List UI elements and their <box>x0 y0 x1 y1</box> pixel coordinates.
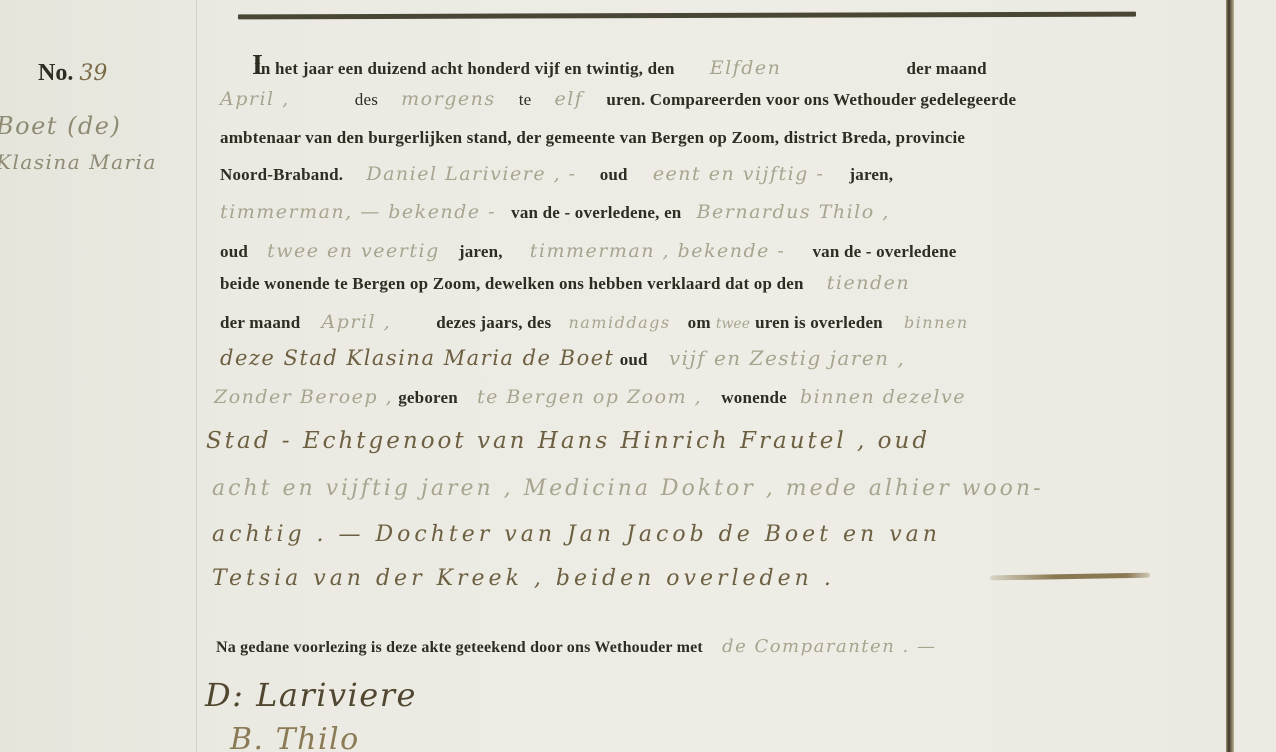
handwritten-closing: de Comparanten . — <box>722 636 936 657</box>
record-line-1: IIn het jaar een duizend acht honderd vi… <box>252 50 987 82</box>
handwritten-deceased-name: deze Stad Klasina Maria de Boet <box>220 346 615 370</box>
handwritten-witness-1-occupation: timmerman, — bekende - <box>220 201 496 223</box>
record-line-4: Noord-Braband. Daniel Lariviere , - oud … <box>220 163 893 185</box>
handwritten-witness-1-name: Daniel Lariviere , - <box>366 163 576 185</box>
handwritten-deceased-age: vijf en Zestig jaren , <box>669 346 905 370</box>
record-line-6: oud twee en veertig jaren, timmerman , b… <box>220 240 956 262</box>
handwritten-day: Elfden <box>710 57 782 79</box>
handwritten-father: achtig . — Dochter van Jan Jacob de Boet… <box>212 522 941 547</box>
record-line-11: Stad - Echtgenoot van Hans Hinrich Fraut… <box>206 428 930 454</box>
record-line-12: acht en vijftig jaren , Medicina Doktor … <box>212 476 1044 501</box>
register-page-left: No. 39 Boet (de) Klasina Maria IIn het j… <box>0 0 1230 752</box>
handwritten-occupation: Zonder Beroep , <box>214 386 393 408</box>
margin-rule <box>196 0 197 752</box>
handwritten-witness-2-occupation: timmerman , bekende - <box>530 240 786 262</box>
handwritten-hour: elf <box>554 88 583 110</box>
handwritten-death-day: tienden <box>827 272 910 294</box>
handwritten-death-month: April , <box>321 311 391 333</box>
handwritten-birthplace: te Bergen op Zoom , <box>477 386 702 408</box>
handwritten-time-of-day: morgens <box>401 88 495 110</box>
handwritten-death-place: binnen <box>904 313 969 332</box>
printed-text: In het jaar een duizend acht honderd vij… <box>254 59 675 78</box>
margin-given-names: Klasina Maria <box>0 150 157 174</box>
line-end-flourish <box>990 573 1150 581</box>
record-line-8: der maand April , dezes jaars, des namid… <box>220 311 969 333</box>
printed-text: der maand <box>906 59 986 78</box>
handwritten-spouse: Stad - Echtgenoot van Hans Hinrich Fraut… <box>206 428 930 454</box>
handwritten-death-time: namiddags <box>568 313 670 332</box>
top-separator-rule <box>238 12 1136 20</box>
record-line-5: timmerman, — bekende - van de - overlede… <box>220 201 890 223</box>
book-spine-gutter <box>1226 0 1234 752</box>
handwritten-death-hour: twee <box>716 316 750 332</box>
signature-lariviere: D: Lariviere <box>205 676 417 714</box>
handwritten-witness-2-name: Bernardus Thilo , <box>697 201 890 223</box>
closing-line: Na gedane voorlezing is deze akte geteek… <box>216 636 936 657</box>
handwritten-mother: Tetsia van der Kreek , beiden overleden … <box>212 566 835 591</box>
handwritten-spouse-details: acht en vijftig jaren , Medicina Doktor … <box>212 476 1044 501</box>
record-line-3: ambtenaar van den burgerlijken stand, de… <box>220 128 965 148</box>
margin-surname: Boet (de) <box>0 112 121 140</box>
handwritten-residence: binnen dezelve <box>800 386 966 408</box>
signature-thilo: B. Thilo <box>230 722 360 752</box>
record-line-7: beide wonende te Bergen op Zoom, dewelke… <box>220 272 910 294</box>
handwritten-witness-2-age: twee en veertig <box>267 240 440 262</box>
register-page-right-edge <box>1234 0 1276 752</box>
handwritten-month: April , <box>220 88 290 110</box>
record-line-2: April , des morgens te elf uren. Compare… <box>220 88 1016 110</box>
record-line-14: Tetsia van der Kreek , beiden overleden … <box>212 566 835 591</box>
record-line-10: Zonder Beroep , geboren te Bergen op Zoo… <box>214 386 966 408</box>
record-line-9: deze Stad Klasina Maria de Boet oud vijf… <box>220 346 905 370</box>
handwritten-witness-1-age: eent en vijftig - <box>653 163 825 185</box>
record-line-13: achtig . — Dochter van Jan Jacob de Boet… <box>212 522 941 547</box>
record-number: No. 39 <box>38 60 107 87</box>
